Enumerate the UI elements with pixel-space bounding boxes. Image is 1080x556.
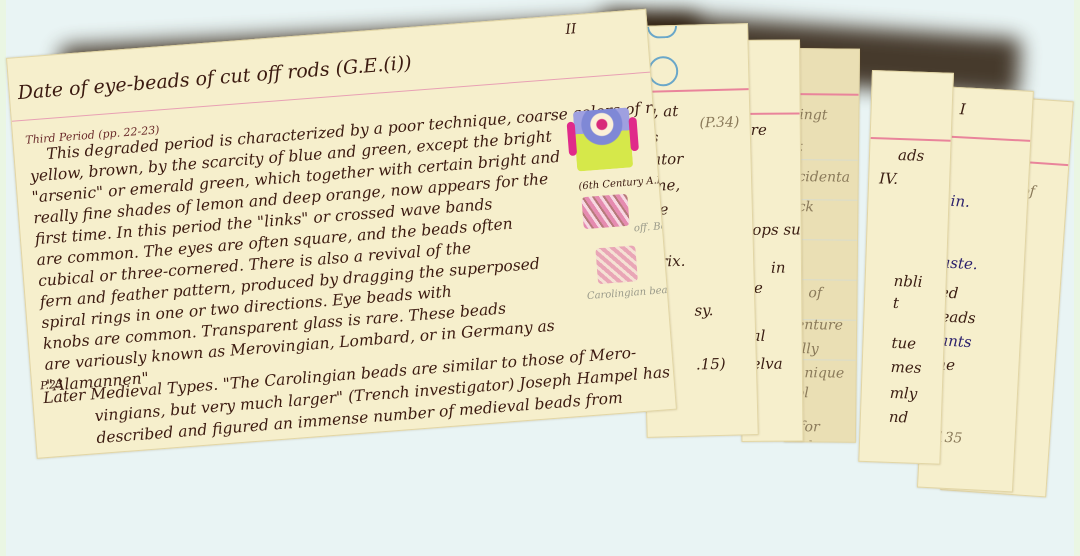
card-text: tue bbox=[891, 334, 916, 353]
card-text: nbli bbox=[893, 272, 922, 291]
card-text: in bbox=[771, 259, 786, 277]
illustration-caption: (6th Century A.D.) bbox=[578, 174, 672, 192]
eye-bead-drawing bbox=[573, 107, 633, 171]
card-text: t bbox=[893, 294, 900, 312]
card-text: sy. bbox=[694, 301, 713, 319]
card-text: I bbox=[959, 100, 966, 118]
card-text: ads bbox=[898, 146, 925, 165]
card-text: IV. bbox=[879, 169, 899, 188]
right-edge bbox=[1074, 0, 1080, 556]
feather-pattern-bead-drawing bbox=[581, 194, 629, 229]
card-text: mly bbox=[889, 384, 917, 403]
card-text: mes bbox=[890, 358, 921, 377]
index-card-back-4: IV. ads nbli t tue mes mly nd bbox=[858, 70, 954, 465]
circle-drawing bbox=[648, 56, 679, 87]
chevron-pattern-bead-drawing bbox=[595, 245, 638, 284]
card-text: (P.34) bbox=[699, 114, 739, 131]
card-title: Date of eye-beads of cut off rods (G.E.(… bbox=[17, 52, 413, 104]
card-text: of bbox=[808, 285, 822, 301]
card-text: nd bbox=[889, 408, 909, 427]
left-edge bbox=[0, 0, 6, 556]
card-text: .15) bbox=[696, 355, 726, 374]
card-number: II bbox=[565, 21, 577, 38]
circle-drawing bbox=[647, 26, 677, 39]
index-card-front: II Date of eye-beads of cut off rods (G.… bbox=[6, 9, 677, 459]
